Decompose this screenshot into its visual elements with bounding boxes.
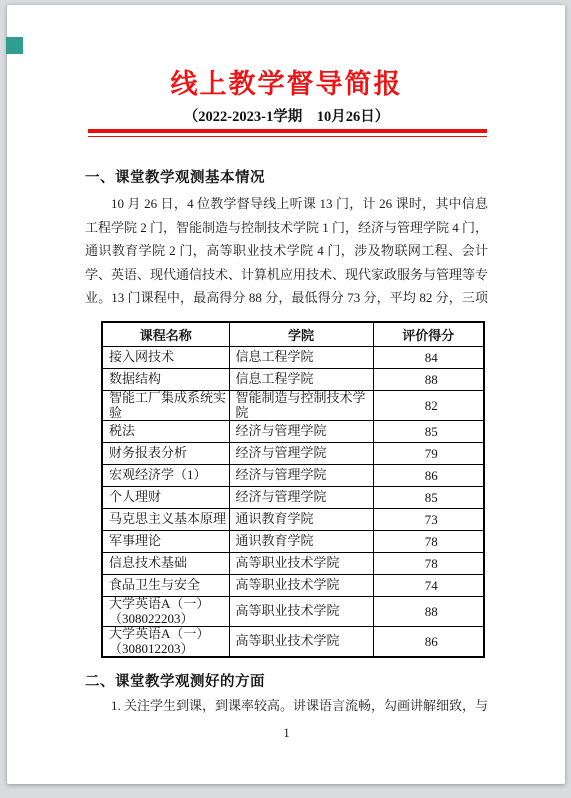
course-name-cell: 个人理财 bbox=[102, 487, 229, 509]
title-divider-thin-rule bbox=[88, 136, 487, 138]
table-row: 个人理财经济与管理学院85 bbox=[102, 487, 484, 509]
course-name-cell: 食品卫生与安全 bbox=[102, 575, 229, 597]
score-cell: 88 bbox=[373, 369, 484, 391]
document-page: 线上教学督导简报 （2022-2023-1学期 10月26日） 一、课堂教学观测… bbox=[7, 5, 565, 784]
course-name-cell: 大学英语A（一） （308022203） bbox=[102, 597, 229, 627]
score-cell: 82 bbox=[373, 391, 484, 421]
table-row: 马克思主义基本原理通识教育学院73 bbox=[102, 509, 484, 531]
college-cell: 信息工程学院 bbox=[229, 347, 373, 369]
score-cell: 78 bbox=[373, 553, 484, 575]
score-cell: 85 bbox=[373, 421, 484, 443]
score-cell: 78 bbox=[373, 531, 484, 553]
college-cell: 经济与管理学院 bbox=[229, 421, 373, 443]
course-name-cell: 信息技术基础 bbox=[102, 553, 229, 575]
score-cell: 79 bbox=[373, 443, 484, 465]
table-row: 接入网技术信息工程学院84 bbox=[102, 347, 484, 369]
table-header-cell: 评价得分 bbox=[373, 322, 484, 347]
table-row: 宏观经济学（1）经济与管理学院86 bbox=[102, 465, 484, 487]
page-number: 1 bbox=[85, 725, 488, 741]
table-row: 大学英语A（一） （308012203）高等职业技术学院86 bbox=[102, 627, 484, 658]
table-row: 大学英语A（一） （308022203）高等职业技术学院88 bbox=[102, 597, 484, 627]
table-row: 军事理论通识教育学院78 bbox=[102, 531, 484, 553]
section1-heading: 一、课堂教学观测基本情况 bbox=[85, 168, 488, 188]
section2-paragraph: 1. 关注学生到课，到课率较高。讲课语言流畅，勾画讲解细致，与学生互 bbox=[85, 694, 488, 718]
corner-marker bbox=[6, 37, 23, 54]
college-cell: 智能制造与控制技术学院 bbox=[229, 391, 373, 421]
college-cell: 经济与管理学院 bbox=[229, 443, 373, 465]
score-cell: 85 bbox=[373, 487, 484, 509]
course-name-cell: 宏观经济学（1） bbox=[102, 465, 229, 487]
college-cell: 通识教育学院 bbox=[229, 509, 373, 531]
document-subtitle: （2022-2023-1学期 10月26日） bbox=[85, 107, 488, 127]
score-cell: 84 bbox=[373, 347, 484, 369]
score-cell: 73 bbox=[373, 509, 484, 531]
course-name-cell: 马克思主义基本原理 bbox=[102, 509, 229, 531]
college-cell: 信息工程学院 bbox=[229, 369, 373, 391]
college-cell: 高等职业技术学院 bbox=[229, 627, 373, 658]
table-row: 信息技术基础高等职业技术学院78 bbox=[102, 553, 484, 575]
table-row: 税法经济与管理学院85 bbox=[102, 421, 484, 443]
title-divider-thick-rule bbox=[88, 129, 487, 133]
course-name-cell: 大学英语A（一） （308012203） bbox=[102, 627, 229, 658]
table-header-cell: 课程名称 bbox=[102, 322, 229, 347]
table-row: 数据结构信息工程学院88 bbox=[102, 369, 484, 391]
score-cell: 88 bbox=[373, 597, 484, 627]
section1-paragraph: 10 月 26 日，4 位教学督导线上听课 13 门，计 26 课时，其中信息工… bbox=[85, 192, 488, 311]
college-cell: 经济与管理学院 bbox=[229, 487, 373, 509]
college-cell: 高等职业技术学院 bbox=[229, 597, 373, 627]
college-cell: 高等职业技术学院 bbox=[229, 553, 373, 575]
score-cell: 86 bbox=[373, 627, 484, 658]
college-cell: 通识教育学院 bbox=[229, 531, 373, 553]
section2-heading: 二、课堂教学观测好的方面 bbox=[85, 672, 488, 692]
table-row: 智能工厂集成系统实验智能制造与控制技术学院82 bbox=[102, 391, 484, 421]
course-name-cell: 税法 bbox=[102, 421, 229, 443]
document-viewer-background: 线上教学督导简报 （2022-2023-1学期 10月26日） 一、课堂教学观测… bbox=[0, 0, 571, 798]
table-row: 食品卫生与安全高等职业技术学院74 bbox=[102, 575, 484, 597]
table-header-row: 课程名称学院评价得分 bbox=[102, 322, 484, 347]
course-name-cell: 军事理论 bbox=[102, 531, 229, 553]
college-cell: 经济与管理学院 bbox=[229, 465, 373, 487]
table-row: 财务报表分析经济与管理学院79 bbox=[102, 443, 484, 465]
document-title: 线上教学督导简报 bbox=[85, 65, 488, 103]
course-evaluation-table: 课程名称学院评价得分 接入网技术信息工程学院84数据结构信息工程学院88智能工厂… bbox=[101, 321, 485, 658]
score-cell: 74 bbox=[373, 575, 484, 597]
score-cell: 86 bbox=[373, 465, 484, 487]
course-name-cell: 数据结构 bbox=[102, 369, 229, 391]
course-name-cell: 智能工厂集成系统实验 bbox=[102, 391, 229, 421]
course-name-cell: 财务报表分析 bbox=[102, 443, 229, 465]
table-header-cell: 学院 bbox=[229, 322, 373, 347]
course-name-cell: 接入网技术 bbox=[102, 347, 229, 369]
college-cell: 高等职业技术学院 bbox=[229, 575, 373, 597]
